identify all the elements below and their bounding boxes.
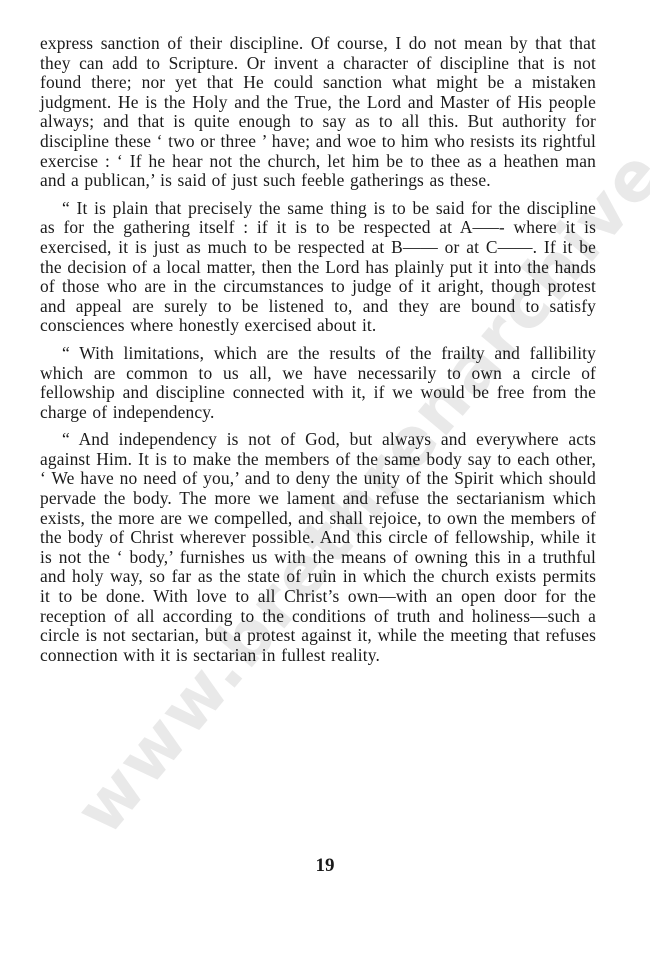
paragraph-discipline: “ It is plain that precisely the same th… bbox=[40, 199, 596, 336]
paragraph-independency: “ And independency is not of God, but al… bbox=[40, 430, 596, 665]
page-body: express sanction of their discipline. Of… bbox=[40, 34, 596, 673]
page-number: 19 bbox=[0, 855, 650, 877]
paragraph-limitations: “ With limitations, which are the result… bbox=[40, 344, 596, 422]
paragraph-continuation: express sanction of their discipline. Of… bbox=[40, 34, 596, 191]
